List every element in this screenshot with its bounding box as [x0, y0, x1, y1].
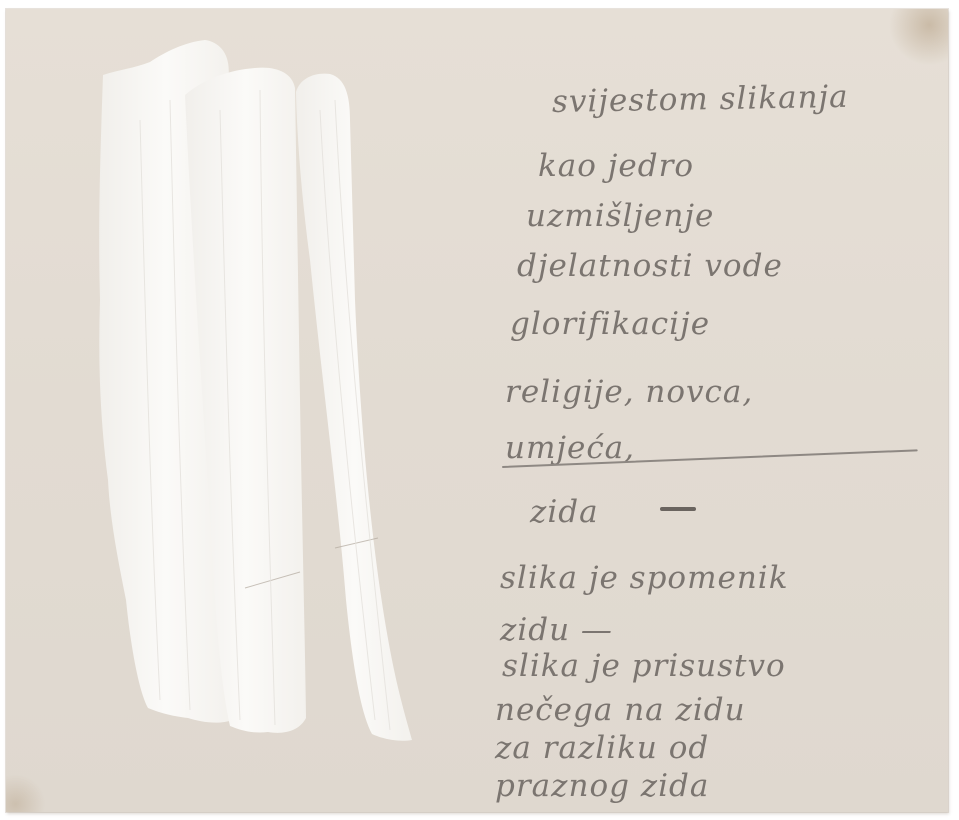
handwriting-line-13: praznog zida — [495, 768, 709, 804]
handwriting-line-1: svijestom slikanja — [552, 79, 849, 120]
dash-mark — [660, 507, 696, 511]
handwriting-line-10: slika je prisustvo — [502, 648, 786, 684]
handwriting-line-8: slika je spomenik — [500, 560, 789, 596]
handwriting-line-4: djelatnosti vode — [517, 248, 783, 284]
handwriting-line-3: uzmišljenje — [526, 198, 714, 234]
handwriting-line-2: kao jedro — [538, 148, 694, 184]
handwritten-text: svijestom slikanja kao jedro uzmišljenje… — [0, 0, 959, 820]
handwriting-line-11: nečega na zidu — [495, 692, 746, 728]
handwriting-line-12: za razliku od — [495, 730, 709, 766]
handwriting-line-5: glorifikacije — [510, 306, 710, 342]
handwriting-line-9: zidu — — [500, 612, 613, 648]
handwriting-line-6: religije, novca, — [505, 374, 753, 410]
handwriting-heading-zida: zida — [530, 494, 599, 530]
